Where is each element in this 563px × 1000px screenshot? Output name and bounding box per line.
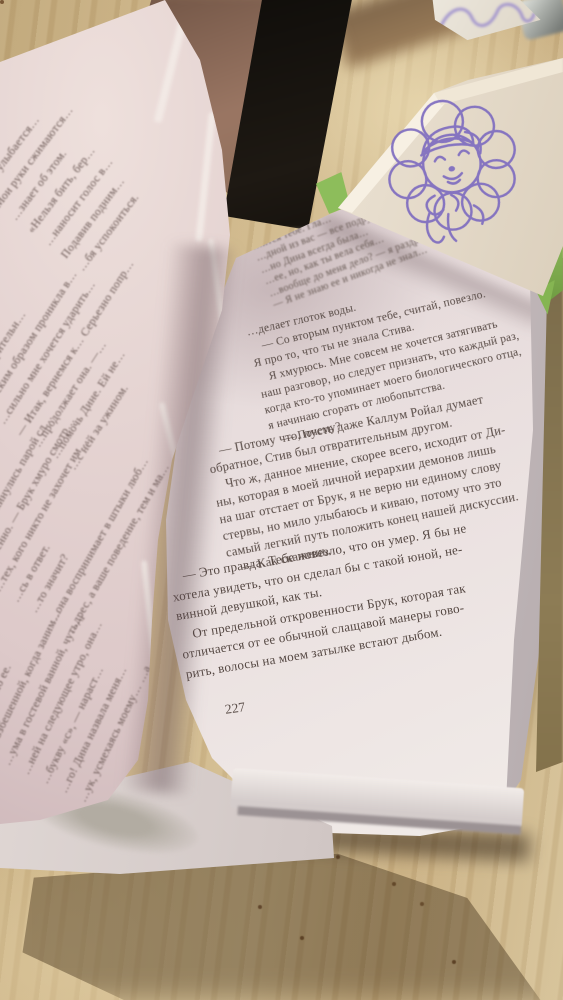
photo-open-book-scene: …Я если ей… …ится тебе. Гла… …дной из ва… [0,0,563,1000]
right-page-paragraph-3: — Это правда. Тебе повезло, что он умер.… [168,514,513,684]
puppy-flower-doodle-icon [357,81,547,271]
page-number: 227 [224,699,246,718]
